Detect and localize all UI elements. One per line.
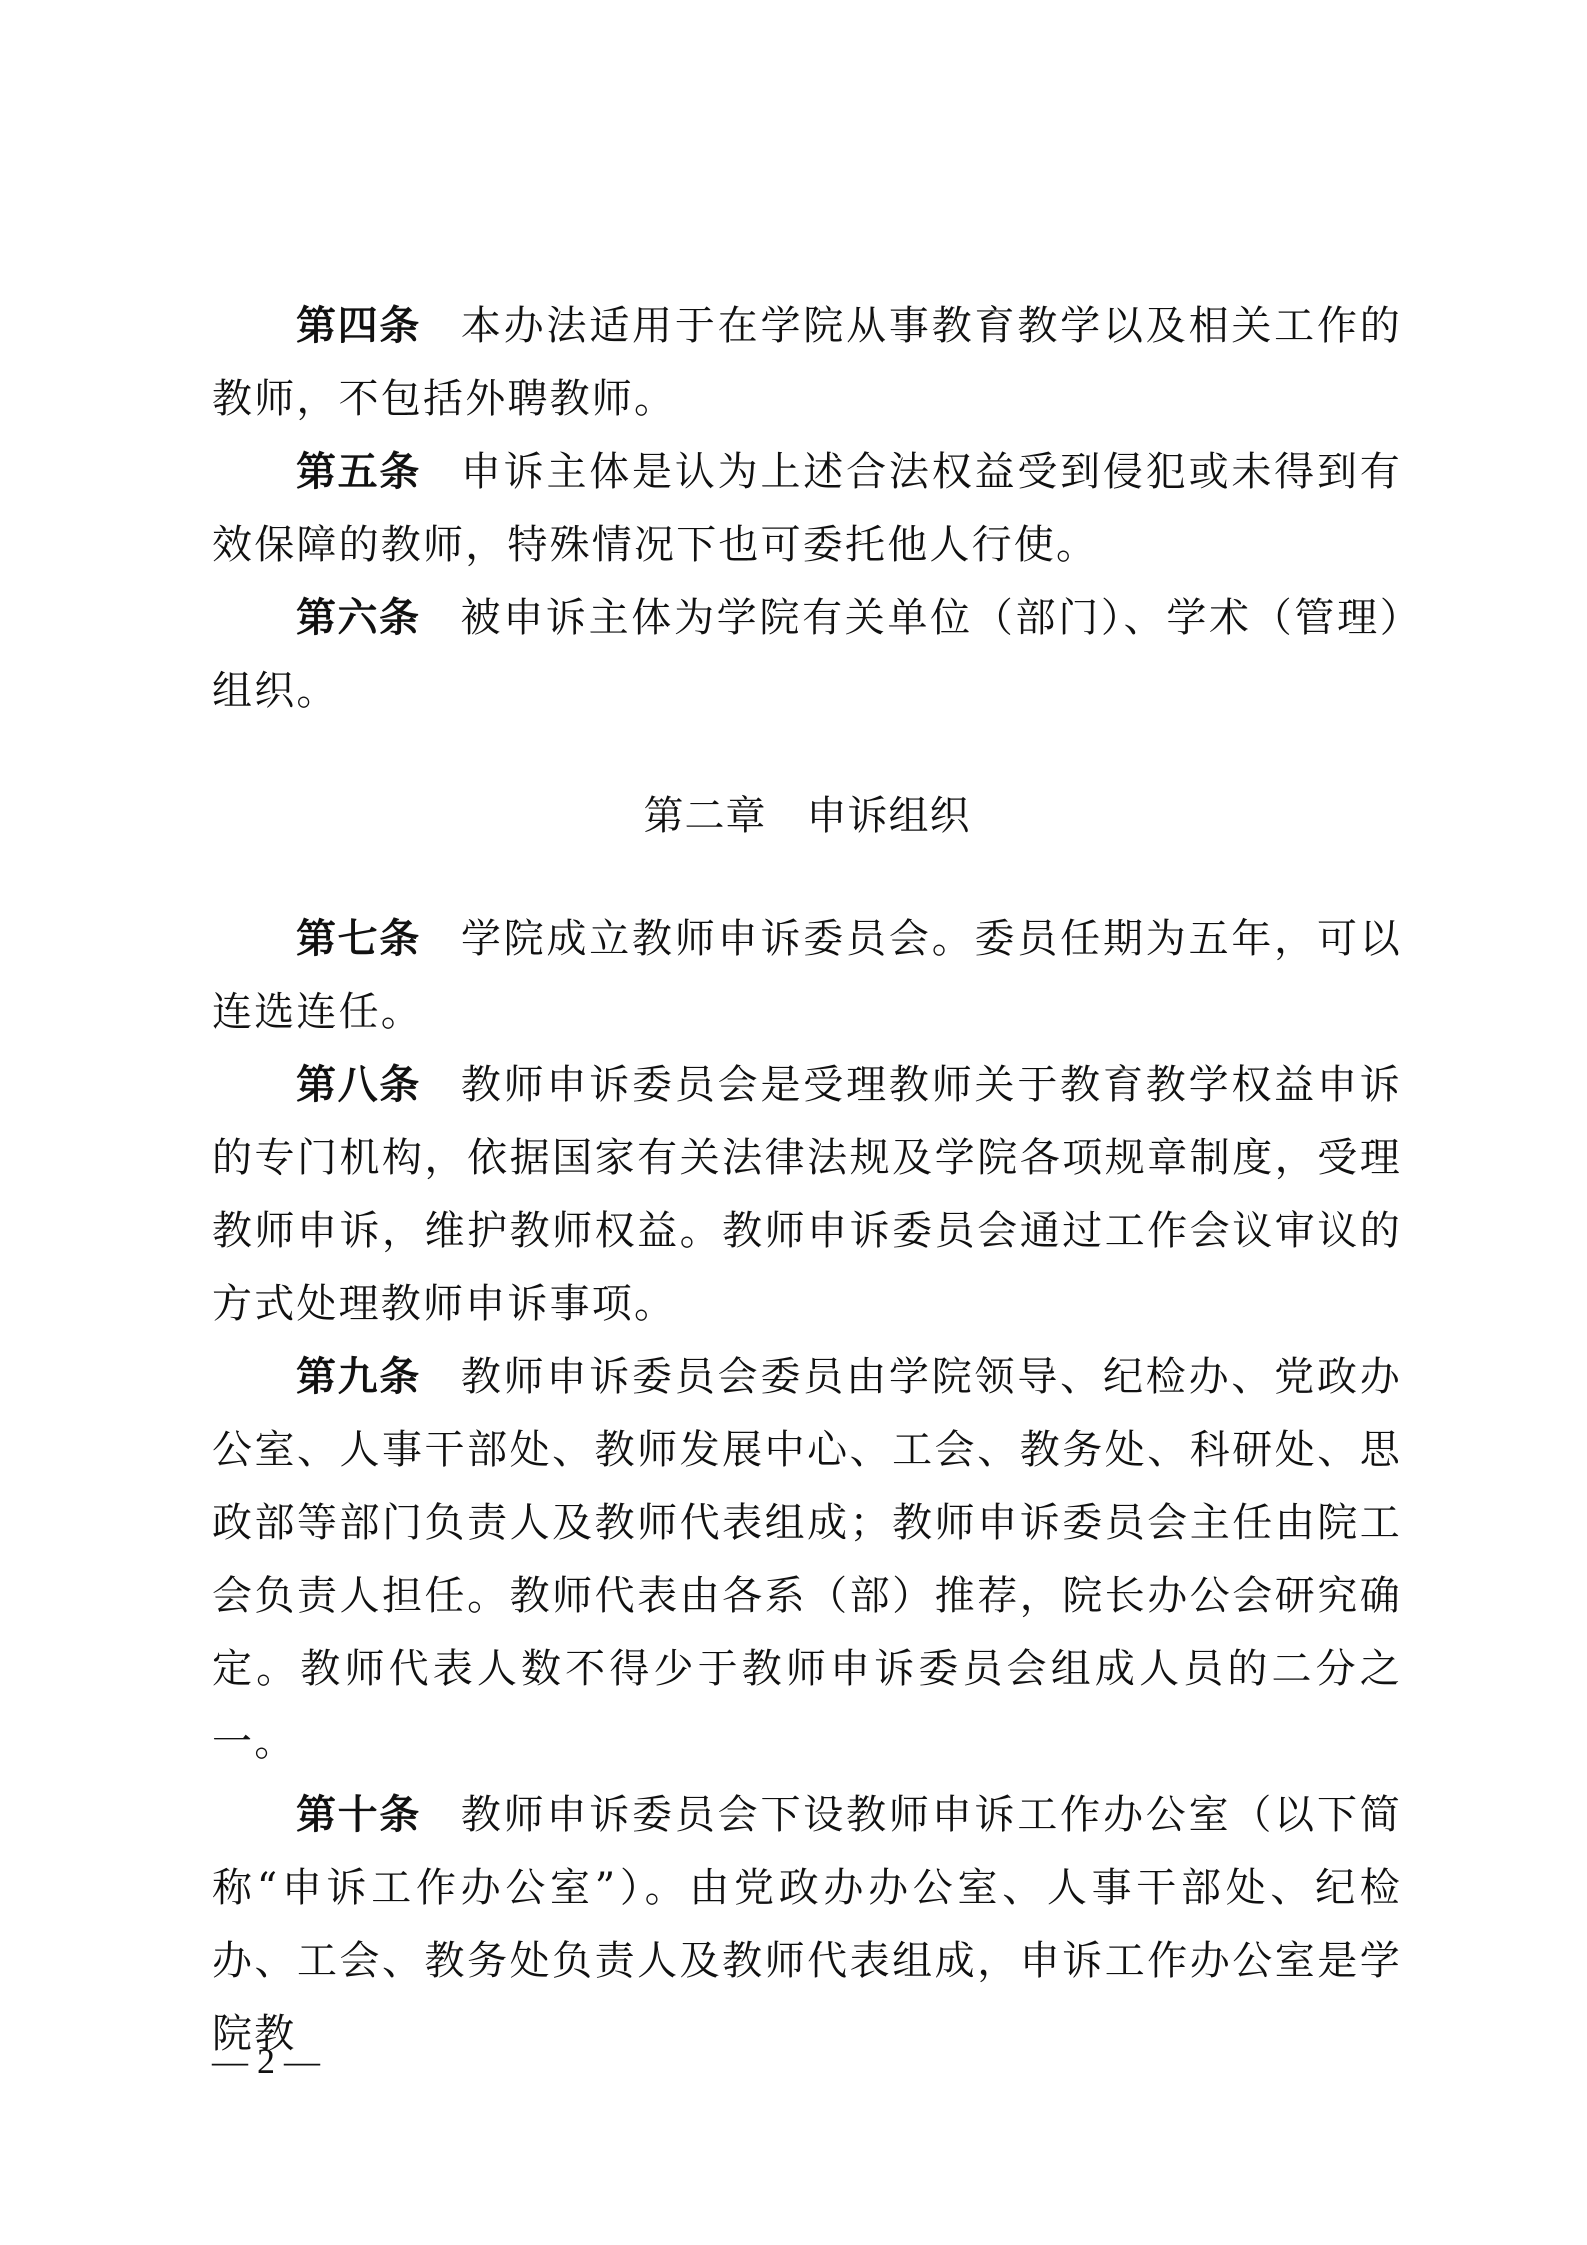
page-number: — 2 — bbox=[212, 2040, 320, 2082]
document-page: 第四条本办法适用于在学院从事教育教学以及相关工作的教师，不包括外聘教师。 第五条… bbox=[212, 290, 1402, 2071]
article-6: 第六条被申诉主体为学院有关单位（部门）、学术（管理）组织。 bbox=[212, 582, 1402, 728]
chapter-number: 第二章 bbox=[644, 793, 767, 839]
article-label: 第九条 bbox=[296, 1354, 421, 1400]
article-8: 第八条教师申诉委员会是受理教师关于教育教学权益申诉的专门机构，依据国家有关法律法… bbox=[212, 1049, 1402, 1341]
article-label: 第七条 bbox=[296, 916, 421, 962]
article-5: 第五条申诉主体是认为上述合法权益受到侵犯或未得到有效保障的教师，特殊情况下也可委… bbox=[212, 436, 1402, 582]
article-9: 第九条教师申诉委员会委员由学院领导、纪检办、党政办公室、人事干部处、教师发展中心… bbox=[212, 1341, 1402, 1779]
article-4: 第四条本办法适用于在学院从事教育教学以及相关工作的教师，不包括外聘教师。 bbox=[212, 290, 1402, 436]
article-label: 第六条 bbox=[296, 595, 421, 641]
article-7: 第七条学院成立教师申诉委员会。委员任期为五年，可以连选连任。 bbox=[212, 903, 1402, 1049]
article-label: 第五条 bbox=[296, 449, 421, 495]
article-label: 第八条 bbox=[296, 1062, 421, 1108]
article-label: 第四条 bbox=[296, 303, 421, 349]
chapter-title: 申诉组织 bbox=[807, 793, 971, 839]
article-label: 第十条 bbox=[296, 1792, 421, 1838]
article-10: 第十条教师申诉委员会下设教师申诉工作办公室（以下简称“申诉工作办公室”）。由党政… bbox=[212, 1779, 1402, 2071]
chapter-heading: 第二章申诉组织 bbox=[212, 780, 1402, 853]
article-text: 教师申诉委员会委员由学院领导、纪检办、党政办公室、人事干部处、教师发展中心、工会… bbox=[212, 1354, 1402, 1765]
